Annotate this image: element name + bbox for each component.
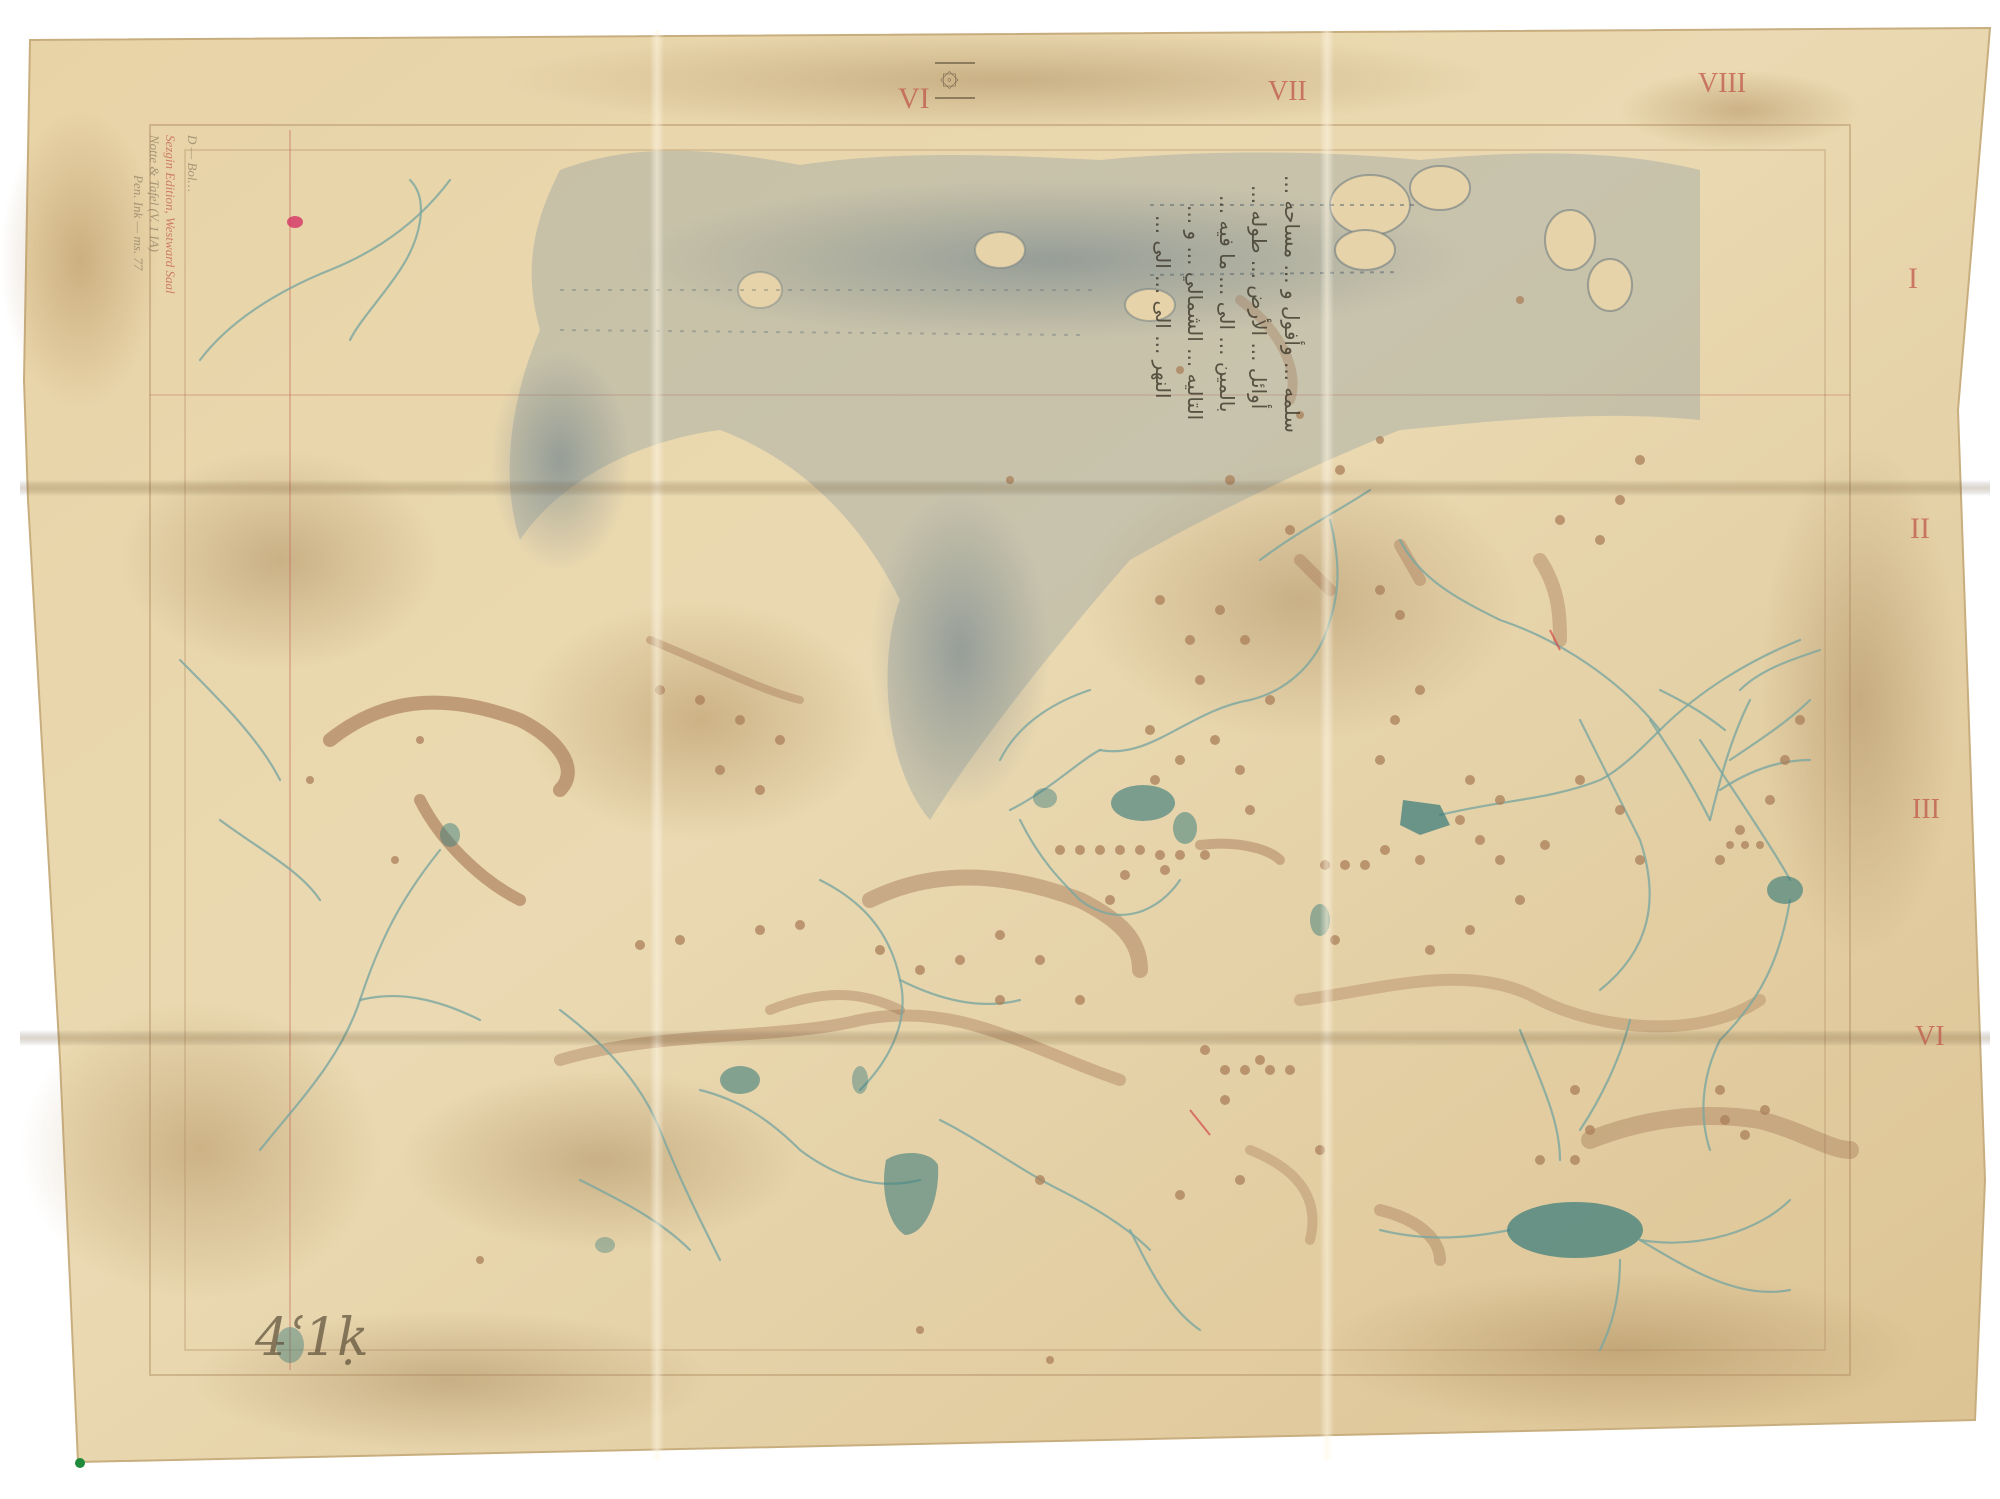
arabic-line-5: ... النهر ... الى ... الى	[1151, 215, 1175, 399]
arabic-line-1: ... سلمه ... وأفول و ... مساحه	[1280, 175, 1305, 433]
top-ornament-symbol: ۞	[940, 55, 959, 93]
right-label-iii: III	[1912, 794, 1940, 825]
bottom-left-inscription: 4ʿ1ḳ	[254, 1308, 369, 1368]
arabic-line-4: ... التاليه ... الشمالي ... و	[1182, 205, 1207, 420]
lake-east-source	[1767, 876, 1803, 904]
lake-southeast	[1507, 1202, 1643, 1258]
map-canvas: VI VII VIII ۞ I II III VI D — Bol… Sezgi…	[0, 0, 2000, 1499]
right-label-i: I	[1908, 262, 1918, 295]
margin-note-1: D — Bol…	[185, 134, 200, 192]
top-label-vii: VII	[1268, 76, 1307, 107]
arabic-line-2: ... أوائل ... الأرض ... طوله	[1247, 185, 1272, 409]
arabic-line-3: ... بالمين ... الى ... ما فيه	[1215, 195, 1239, 412]
right-label-ii: II	[1910, 512, 1930, 545]
right-label-vi: VI	[1915, 1021, 1945, 1052]
lake-south-west	[720, 1066, 760, 1094]
top-label-viii: VIII	[1698, 68, 1746, 99]
corner-marker	[75, 1458, 85, 1468]
margin-note-3: Notte & Tafel (V. 1 IA)	[147, 134, 162, 252]
lake-center	[1111, 785, 1175, 821]
top-label-vi: VI	[898, 82, 930, 115]
manuscript-map: VI VII VIII ۞ I II III VI D — Bol… Sezgi…	[0, 0, 2000, 1499]
margin-note-2: Sezgin Edition, Westward Saal	[163, 135, 178, 294]
margin-note-4: Pen. Ink — ms. 77	[131, 174, 146, 271]
